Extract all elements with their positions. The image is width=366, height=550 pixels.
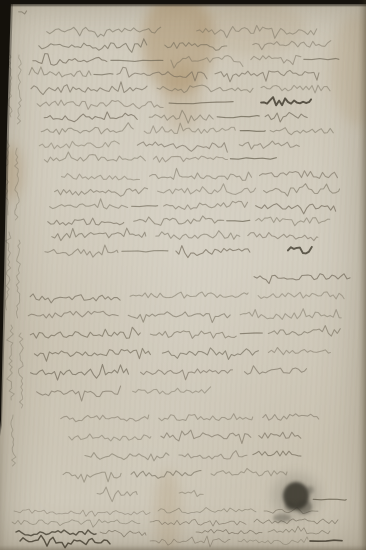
manuscript-art-layer [0, 0, 366, 550]
manuscript-scan [0, 0, 366, 550]
ink-blot [272, 474, 320, 522]
paper-stains [0, 0, 366, 550]
margin-notes-handwriting [5, 48, 23, 466]
